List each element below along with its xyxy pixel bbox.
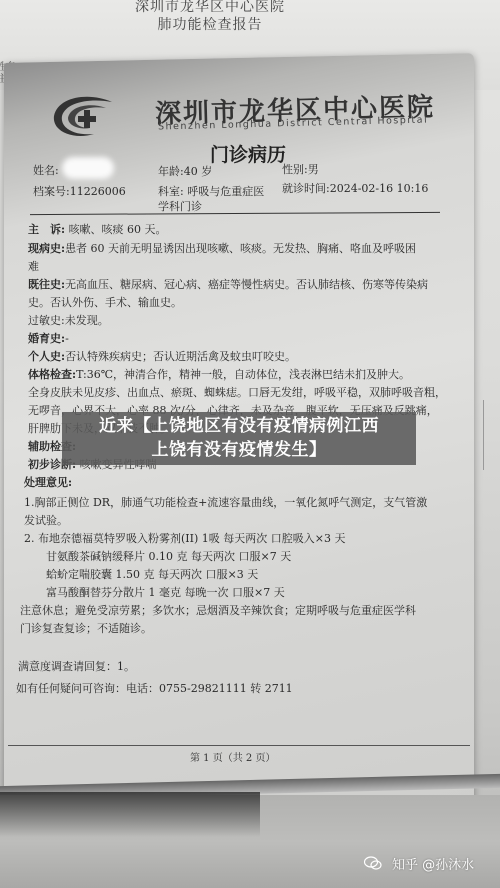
- patient-age: 年龄:40 岁: [158, 163, 212, 179]
- treatment-item-1-cont: 发试验。: [24, 512, 68, 528]
- department: 科室: 呼吸与危重症医: [158, 183, 264, 199]
- header-divider: [30, 212, 440, 215]
- medication-2: 蛤蚧定喘胶囊 1.50 克 每天两次 口服×3 天: [46, 566, 258, 582]
- present-illness: 现病史:患者 60 天前无明显诱因出现咳嗽、咳痰。无发热、胸痛、咯血及呼吸困: [28, 240, 416, 256]
- survey-note: 满意度调查请回复：1。: [18, 658, 135, 674]
- past-history: 既往史:无高血压、糖尿病、冠心病、癌症等慢性病史。否认肺结核、伤寒等传染病: [28, 276, 428, 292]
- record-number: 档案号:11226006: [33, 183, 126, 199]
- treatment-label: 处理意见:: [24, 474, 72, 490]
- binding-edge: [483, 400, 498, 470]
- care-notes: 注意休息；避免受凉劳累；多饮水；忌烟酒及辛辣饮食；定期呼吸与危重症医学科: [20, 602, 416, 618]
- chief-complaint: 主 诉: 咳嗽、咳痰 60 天。: [28, 221, 167, 237]
- medication-3: 富马酸酮替芬分散片 1 毫克 每晚一次 口服×7 天: [46, 584, 285, 600]
- contact-note: 如有任何疑问可咨询：电话：0755-29821111 转 2711: [16, 680, 293, 696]
- patient-name-label: 姓名:: [33, 162, 59, 178]
- redacted-name: [62, 157, 114, 179]
- allergy-history: 过敏史:未发现。: [28, 312, 109, 328]
- physical-exam: 体格检查:T:36℃，神清合作，精神一般，自动体位，浅表淋巴结未扪及肿大。: [28, 366, 410, 382]
- department-cont: 学科门诊: [158, 198, 202, 214]
- caption-line-2: 上饶有没有疫情发生】: [62, 438, 416, 462]
- marital-history: 婚育史:-: [28, 330, 69, 346]
- page-number: 第 1 页（共 2 页）: [190, 749, 275, 764]
- treatment-item-1: 1.胸部正侧位 DR，肺通气功能检查+流速容量曲线，一氧化氮呼气测定，支气管激: [24, 494, 427, 510]
- zhihu-watermark: 知乎 @孙沐水: [392, 854, 474, 873]
- footer-divider: [8, 745, 470, 746]
- caption-line-1: 近来【上饶地区有没有疫情病例江西: [62, 414, 416, 438]
- medication-1: 甘氨酸茶碱钠缓释片 0.10 克 每天两次 口服×7 天: [46, 548, 291, 564]
- patient-sex: 性别:男: [282, 161, 319, 177]
- physical-exam-line2: 全身皮肤未见皮疹、出血点、瘀斑、蜘蛛痣。口唇无发绀，呼吸平稳，双肺呼吸音粗，: [28, 384, 446, 400]
- fold-shadow: [0, 792, 260, 837]
- caption-text: 近来【上饶地区有没有疫情病例江西 上饶有没有疫情发生】: [62, 414, 416, 462]
- document-title: 门诊病历: [210, 140, 286, 167]
- wechat-icon: [364, 856, 382, 870]
- care-notes-cont: 门诊复查复诊；不适随诊。: [20, 620, 152, 636]
- visit-time: 就诊时间:2024-02-16 10:16: [282, 180, 428, 196]
- present-illness-cont: 难: [28, 258, 39, 274]
- hospital-logo-icon: [50, 94, 114, 138]
- past-history-cont: 史。否认外伤、手术、输血史。: [28, 294, 182, 310]
- treatment-item-2: 2. 布地奈德福莫特罗吸入粉雾剂(II) 1吸 每天两次 口腔吸入×3 天: [24, 530, 345, 546]
- personal-history: 个人史:否认特殊疾病史；否认近期活禽及蚊虫叮咬史。: [28, 348, 296, 364]
